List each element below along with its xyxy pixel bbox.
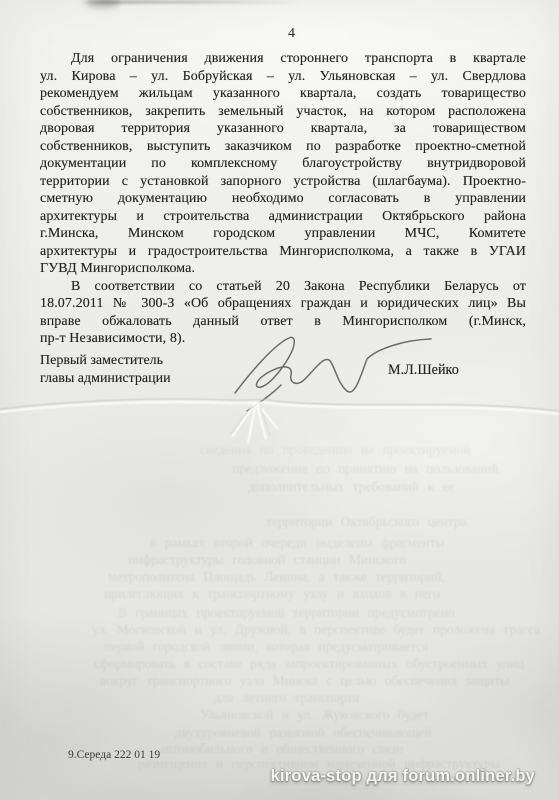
text-line: дворовая территория указанного квартала,… <box>40 120 526 138</box>
text-line: архитектуры и строительства администраци… <box>40 208 526 226</box>
bleedthrough-text-line: сформировать в составе ряда запроектиров… <box>94 656 524 672</box>
bleedthrough-text-line: двухуровневой развязкой обеспечивающей <box>175 725 432 741</box>
bleedthrough-text-line: ул. Московской и ул. Дружной, в перспект… <box>92 622 540 638</box>
signatory-name: М.Л.Шейко <box>388 362 459 379</box>
text-line: Для ограничения движения стороннего тран… <box>40 50 526 68</box>
signatory-title: Первый заместитель главы администрации <box>40 352 171 387</box>
bleedthrough-text-line: метрополитена Площадь Ленина, а также те… <box>108 569 445 585</box>
text-line: собственников, выступить заказчиком по р… <box>40 138 526 156</box>
text-line: сметную документацию необходимо согласов… <box>40 190 526 208</box>
page-number: 4 <box>0 26 559 42</box>
scan-edge-dark-spot <box>86 0 120 8</box>
watermark: kirova-stop для forum.onliner.by <box>271 767 535 786</box>
text-line: собственников, закрепить земельный участ… <box>40 103 526 121</box>
text-line: г.Минска, Минском городском управлении М… <box>40 225 526 243</box>
text-line: рекомендуем жильцам указанного квартала,… <box>40 85 526 103</box>
bleedthrough-text-line: вокруг транспортного узла Минска с целью… <box>100 673 509 689</box>
bleedthrough-text-line: Ульяновской и ул. Жуковского будет <box>200 707 429 723</box>
text-line: 18.07.2011 № 300-З «Об обращениях гражда… <box>40 295 526 313</box>
text-line: архитектуры и градостроительства Мингори… <box>40 243 526 261</box>
bleedthrough-text-line: территории Октябрьского центра <box>266 514 467 530</box>
footer-reference: 9.Середа 222 01 19 <box>68 749 160 761</box>
text-line: ГУВД Мингорисполкома. <box>40 260 526 278</box>
text-line: документации по комплексному благоустрой… <box>40 155 526 173</box>
scanned-document-page: сведения по проведению на проектируемойп… <box>0 0 559 800</box>
bleedthrough-text-line: инфраструктуры головной станции Минского <box>128 552 406 568</box>
paper-crease <box>0 385 559 460</box>
bleedthrough-text-line: В границах проектируемой территории пред… <box>118 605 455 621</box>
document-text: Для ограничения движения стороннего тран… <box>40 50 526 348</box>
bleedthrough-text-line: дополнительных требований к ее <box>248 479 454 495</box>
bleedthrough-text-line: в рамках второй очереди выделены фрагмен… <box>150 535 445 551</box>
signatory-title-line1: Первый заместитель <box>40 352 171 370</box>
text-line: В соответствии со статьей 20 Закона Респ… <box>40 278 526 296</box>
bleedthrough-text-line: автомобильного и общественного связи <box>160 741 403 757</box>
bleedthrough-text-line: первой городской линии, которая предусма… <box>104 639 428 655</box>
bleedthrough-text-line: предложения по принятию на пользований <box>232 461 499 477</box>
text-line: ул. Кирова – ул. Бобруйская – ул. Ульяно… <box>40 68 526 86</box>
bleedthrough-text-line: для летнего транспорта <box>214 690 359 706</box>
bleedthrough-text-line: прилегающих к транспортному узлу и входо… <box>104 586 440 602</box>
text-line: территории с установкой запорного устрой… <box>40 173 526 191</box>
